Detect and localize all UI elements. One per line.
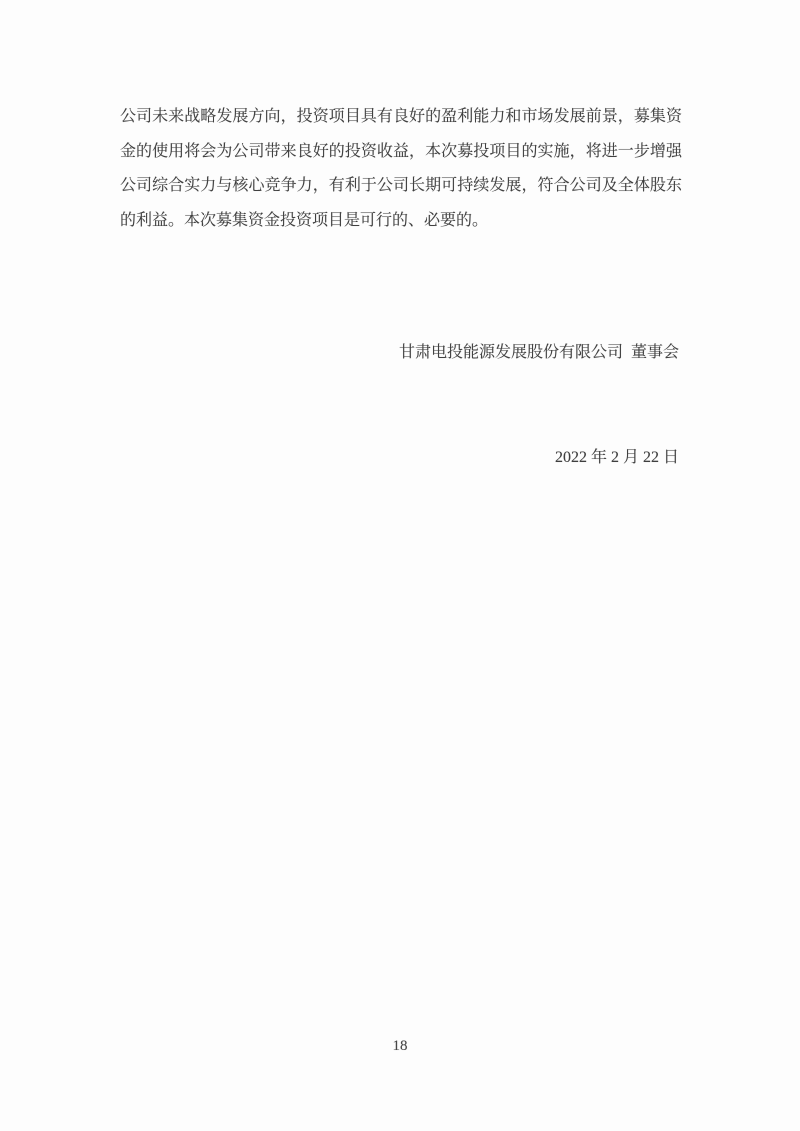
signature-block: 甘肃电投能源发展股份有限公司 董事会 2022 年 2 月 22 日 (399, 267, 679, 545)
signature-date-line: 2022 年 2 月 22 日 (399, 441, 679, 476)
page-sheet: 公司未来战略发展方向，投资项目具有良好的盈利能力和市场发展前景，募集资金的使用将… (0, 0, 800, 1131)
signature-company-line: 甘肃电投能源发展股份有限公司 董事会 (399, 336, 679, 371)
document-page: { "document": { "body_paragraph": "公司未来战… (0, 0, 800, 1131)
body-paragraph: 公司未来战略发展方向，投资项目具有良好的盈利能力和市场发展前景，募集资金的使用将… (120, 100, 682, 239)
page-number: 18 (0, 1038, 800, 1055)
